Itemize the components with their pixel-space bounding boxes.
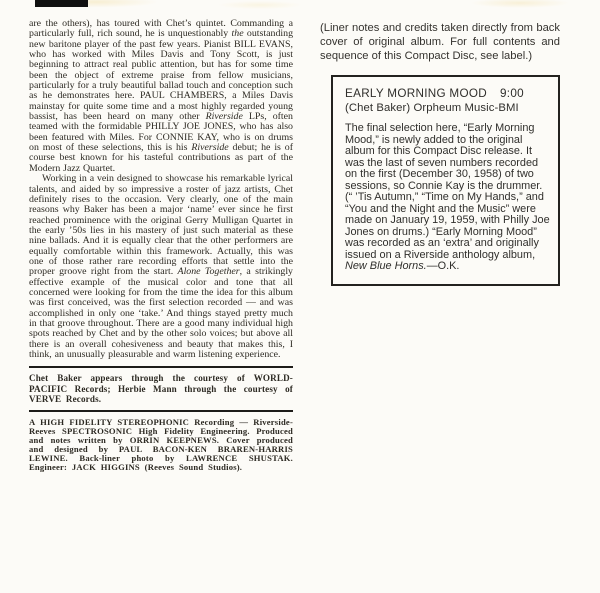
scanned-liner-notes-page: are the others), has toured with Chet’s … [0, 0, 600, 593]
reissue-notes-column: (Liner notes and credits taken directly … [320, 22, 560, 286]
divider-rule-top [29, 366, 293, 368]
liner-notes-paragraph-2: Working in a vein designed to showcase h… [29, 174, 293, 360]
divider-rule-bottom [29, 410, 293, 412]
track-title-row: EARLY MORNING MOOD9:00 [345, 87, 552, 100]
track-title: EARLY MORNING MOOD [345, 87, 487, 100]
track-duration: 9:00 [500, 87, 524, 100]
artist-courtesy-credits: Chet Baker appears through the courtesy … [29, 373, 293, 404]
track-credit: (Chet Baker) Orpheum Music-BMI [345, 102, 552, 114]
editor-note: (Liner notes and credits taken directly … [320, 22, 560, 63]
liner-notes-column: are the others), has toured with Chet’s … [29, 19, 293, 472]
track-description: The final selection here, “Early Morning… [345, 123, 552, 273]
scan-artifact-bar [35, 0, 88, 7]
production-credits: A HIGH FIDELITY STEREOPHONIC Recording —… [29, 418, 293, 472]
liner-notes-paragraph-1: are the others), has toured with Chet’s … [29, 19, 293, 174]
track-info-box: EARLY MORNING MOOD9:00 (Chet Baker) Orph… [331, 75, 560, 286]
